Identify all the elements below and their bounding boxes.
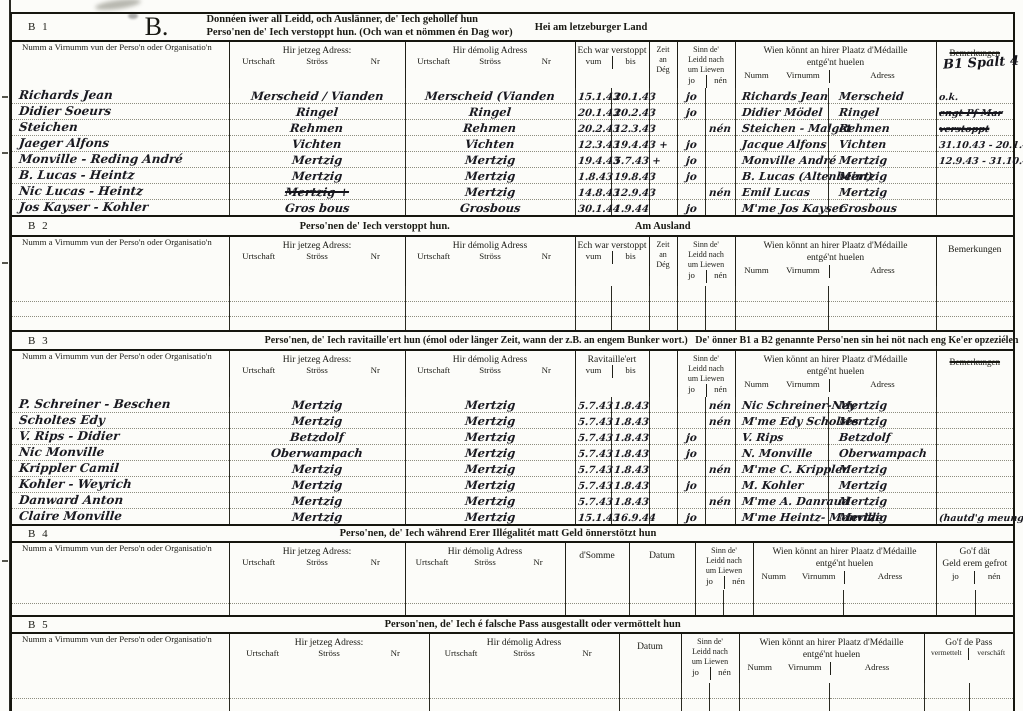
b1-title-right: Hei am letzeburger Land: [535, 22, 648, 33]
section-b4: B 4 Perso'nen, de' Iech während Erer Ill…: [10, 524, 1015, 617]
cell-remark: [936, 477, 1014, 493]
b5-body: [11, 683, 1014, 711]
b1-col-verstoppt: Ech war verstopptvumbis: [575, 41, 649, 88]
cell-vum: 30.1.44: [575, 200, 611, 217]
cell-name: Monville - Reding André: [11, 152, 229, 168]
cell-bis: [611, 316, 649, 331]
cell-name: Claire Monville: [11, 509, 229, 526]
handwritten-entry: verstoppt: [938, 124, 989, 135]
b3-body: P. Schreiner - BeschenMertzigMertzig5.7.…: [11, 397, 1014, 525]
b3-title-row: B 3 Perso'nen, de' Iech ravitaille'ert h…: [11, 331, 1014, 350]
b1-title-line1: Donnéen iwer all Leidd, och Auslänner, d…: [206, 14, 478, 25]
handwritten-entry: 1.8.43: [613, 401, 649, 412]
b1-col-medal: Wien könnt an hirer Plaatz d'Médailleent…: [735, 41, 936, 88]
b4-col-gof-geld: Go'f dätGeld erem gefrotjonén: [936, 542, 1014, 590]
handwritten-entry: Richards Jean: [741, 90, 828, 103]
handwritten-entry: Mertzig: [291, 153, 343, 167]
cell-vum: 5.7.43: [575, 413, 611, 429]
cell-jetzeg: [229, 590, 405, 603]
cell-remark: [936, 461, 1014, 477]
b5-title: Person'nen, de' Iech é falsche Pass ausg…: [385, 619, 681, 630]
cell-remark: [936, 413, 1014, 429]
b5-col-datum: Datum: [619, 633, 681, 683]
cell-demolig: Rehmen: [405, 120, 575, 136]
b2-col-name: Numm a Virnumm vun der Perso'n oder Orga…: [11, 236, 229, 286]
cell-jetzeg: [229, 301, 405, 316]
cell-madr: [828, 301, 936, 316]
handwritten-entry: Mertzig +: [284, 185, 349, 199]
handwritten-entry: Rehmen: [463, 121, 518, 135]
handwritten-entry: Didier Mödel: [741, 106, 823, 119]
cell-name: B. Lucas - Heintz: [11, 168, 229, 184]
b4-col-name: Numm a Virnumm vun der Perso'n oder Orga…: [11, 542, 229, 590]
cell-madr: Grosbous: [828, 200, 936, 217]
table-row: B. Lucas - HeintzMertzigMertzig1.8.4319.…: [11, 168, 1014, 184]
handwritten-entry: Vichten: [465, 137, 516, 151]
handwritten-entry: Merscheid (Vianden: [424, 89, 555, 103]
cell-bis: 1.8.43: [611, 413, 649, 429]
table-row: Nic Lucas - HeintzMertzig +Mertzig14.8.4…: [11, 184, 1014, 200]
cell-jetzeg: Vichten: [229, 136, 405, 152]
cell-vum: 5.7.43: [575, 429, 611, 445]
table-row: [11, 683, 1014, 698]
cell-remark: [936, 429, 1014, 445]
b1-big-letter: B.: [145, 15, 169, 38]
handwritten-entry: 1.8.43: [613, 497, 649, 508]
cell-jo: jo: [677, 429, 705, 445]
table-row: [11, 286, 1014, 301]
handwritten-entry: jo: [685, 139, 697, 151]
b4-col-jetzeg: Hir jetzeg Adress:UrtschaftStrössNr: [229, 542, 405, 590]
handwritten-entry: Mertzig: [838, 399, 888, 412]
table-row: [11, 301, 1014, 316]
cell-remark: [936, 168, 1014, 184]
cell-zeit: [649, 429, 677, 445]
b1-col-liewen: Sinn de'Leidd nachum Liewenjonén: [677, 41, 735, 88]
b5-col-jetzeg: Hir jetzeg Adress:UrtschaftStrössNr: [229, 633, 429, 683]
cell-demolig: Merscheid (Vianden: [405, 88, 575, 104]
cell-mname: Didier Mödel: [735, 104, 828, 120]
cell-madr: Betzdolf: [828, 429, 936, 445]
handwritten-entry: Mertzig: [838, 415, 888, 428]
cell-jetzeg: Mertzig: [229, 152, 405, 168]
questionnaire-form: B 1 B. Donnéen iwer all Leidd, och Auslä…: [10, 12, 1013, 711]
handwritten-entry: nén: [708, 416, 731, 428]
cell-madr: Mertzig: [828, 184, 936, 200]
cell-madr: Mertzig: [828, 397, 936, 413]
cell-bis: 12.3.43: [611, 120, 649, 136]
cell-vum: 5.7.43: [575, 461, 611, 477]
cell-bis: 1.8.43: [611, 477, 649, 493]
cell-mname: [739, 683, 829, 698]
b3-col-bemerkungen: Bemerkungen: [936, 350, 1014, 397]
cell-name: [11, 590, 229, 603]
handwritten-entry: Steichen - Malget: [741, 122, 852, 135]
cell-jetzeg: [229, 683, 429, 698]
cell-datum: [619, 698, 681, 711]
cell-name: Nic Monville: [11, 445, 229, 461]
handwritten-entry: 20.1.43: [613, 92, 656, 103]
cell-pverm: [924, 698, 969, 711]
cell-name: [11, 698, 229, 711]
cell-zeit: [649, 397, 677, 413]
cell-vum: 5.7.43: [575, 493, 611, 509]
section-b5: B 5 Person'nen, de' Iech é falsche Pass …: [10, 615, 1015, 711]
b5-col-demolig: Hir démolig AdressUrtschaftStrössNr: [429, 633, 619, 683]
cell-name: Jos Kayser - Kohler: [11, 200, 229, 217]
bemerkungen-struck-label: Bemerkungen: [937, 351, 1014, 367]
cell-demolig: [405, 316, 575, 331]
cell-nen: [705, 445, 735, 461]
b4-body: [11, 590, 1014, 616]
cell-jetzeg: Oberwampach: [229, 445, 405, 461]
b3-col-name: Numm a Virnumm vun der Perso'n oder Orga…: [11, 350, 229, 397]
b2-col-zeit: ZeitanDég: [649, 236, 677, 286]
handwritten-entry: 12.3.43: [613, 124, 656, 135]
cell-name: Nic Lucas - Heintz: [11, 184, 229, 200]
cell-mname: M. Kohler: [735, 477, 828, 493]
handwritten-entry: 1.8.43: [613, 433, 649, 444]
cell-jo: jo: [677, 200, 705, 217]
handwritten-entry: 31.10.43 - 20.1.44: [938, 140, 1023, 151]
cell-nen: [705, 104, 735, 120]
cell-demolig: Vichten: [405, 136, 575, 152]
handwritten-entry: 16.9.44: [613, 513, 656, 524]
handwritten-entry: Vichten: [838, 138, 887, 151]
cell-datum: [629, 590, 695, 603]
table-row: P. Schreiner - BeschenMertzigMertzig5.7.…: [11, 397, 1014, 413]
cell-mname: M'me Edy Scholtes: [735, 413, 828, 429]
cell-madr: Mertzig: [828, 477, 936, 493]
b5-title-row: B 5 Person'nen, de' Iech é falsche Pass …: [11, 616, 1014, 633]
cell-vum: [575, 316, 611, 331]
handwritten-entry: Oberwampach: [838, 447, 927, 460]
b5-col-medal: Wien könnt an hirer Plaatz d'Médailleent…: [739, 633, 924, 683]
cell-nen: nén: [705, 120, 735, 136]
cell-bis: 19.8.43: [611, 168, 649, 184]
handwritten-entry: Merscheid: [838, 90, 904, 103]
handwritten-entry: Ringel: [838, 106, 880, 119]
edge-mark: [2, 96, 8, 98]
b1-title-row: B 1 B. Donnéen iwer all Leidd, och Auslä…: [11, 13, 1014, 41]
cell-name: [11, 683, 229, 698]
table-row: Monville - Reding AndréMertzigMertzig19.…: [11, 152, 1014, 168]
cell-jo: [677, 286, 705, 301]
b1-spalt-handwriting: B1 Spalt 4: [936, 54, 1013, 73]
cell-jetzeg: [229, 698, 429, 711]
cell-nen: [705, 88, 735, 104]
handwritten-entry: N. Monville: [741, 447, 813, 460]
table-row: V. Rips - DidierBetzdolfMertzig5.7.431.8…: [11, 429, 1014, 445]
b2-col-medal: Wien könnt an hirer Plaatz d'Médailleent…: [735, 236, 936, 286]
handwritten-entry: Vichten: [292, 137, 343, 151]
b4-title: Perso'nen, de' Iech während Erer Illégal…: [340, 528, 657, 539]
b2-title-right: Am Ausland: [635, 221, 691, 232]
handwritten-entry: Mertzig: [291, 494, 343, 508]
b2-col-verstoppt: Ech war verstopptvumbis: [575, 236, 649, 286]
cell-jetzeg: Gros bous: [229, 200, 405, 217]
cell-bis: [611, 286, 649, 301]
handwritten-entry: 5.7.43: [577, 401, 613, 412]
handwritten-entry: 5.7.43: [577, 481, 613, 492]
handwritten-entry: P. Schreiner - Beschen: [18, 397, 171, 411]
b1-title-line2: Perso'nen de' Iech verstoppt hun. (Och w…: [206, 27, 512, 38]
cell-zeit: [649, 413, 677, 429]
cell-nen: nén: [705, 184, 735, 200]
cell-vum: 19.4.43: [575, 152, 611, 168]
handwritten-entry: Jos Kayser - Kohler: [18, 200, 149, 214]
handwritten-entry: 1.8.43: [613, 417, 649, 428]
cell-remark: [936, 445, 1014, 461]
cell-remark: engt Pf Mar: [936, 104, 1014, 120]
handwritten-entry: 20.2.43: [613, 108, 656, 119]
b3-col-medal: Wien könnt an hirer Plaatz d'Médailleent…: [735, 350, 936, 397]
handwritten-entry: jo: [685, 203, 697, 215]
cell-mname: [753, 590, 843, 603]
cell-somme: [565, 590, 629, 603]
cell-gjo: [936, 590, 975, 603]
cell-jetzeg: [229, 316, 405, 331]
edge-mark: [2, 152, 8, 154]
cell-jetzeg: Mertzig: [229, 509, 405, 526]
handwritten-entry: Mertzig: [464, 153, 516, 167]
handwritten-entry: Richards Jean: [18, 88, 113, 102]
cell-mname: M'me Jos Kayser: [735, 200, 828, 217]
cell-demolig: Mertzig: [405, 397, 575, 413]
cell-vum: 1.8.43: [575, 168, 611, 184]
cell-madr: [828, 286, 936, 301]
handwritten-entry: Ringel: [468, 105, 511, 119]
handwritten-entry: Mertzig: [464, 185, 516, 199]
cell-name: Didier Soeurs: [11, 104, 229, 120]
cell-vum: 20.1.43: [575, 104, 611, 120]
cell-name: Steichen: [11, 120, 229, 136]
b4-col-liewen: Sinn de'Leidd nachum Liewenjonén: [695, 542, 753, 590]
cell-nen: [705, 477, 735, 493]
cell-zeit: [649, 200, 677, 217]
handwritten-entry: Betzdolf: [838, 431, 891, 444]
cell-datum: [619, 683, 681, 698]
scan-smudge: [95, 0, 142, 12]
cell-mname: [735, 316, 828, 331]
cell-nen: [705, 152, 735, 168]
handwritten-entry: Mertzig: [464, 430, 516, 444]
handwritten-entry: Mertzig: [291, 169, 343, 183]
handwritten-entry: 5.7.43: [577, 449, 613, 460]
table-row: [11, 316, 1014, 331]
cell-mname: V. Rips: [735, 429, 828, 445]
b5-header-row: Numm a Virnumm vun der Perso'n oder Orga…: [11, 633, 1014, 683]
b4-col-somme: d'Somme: [565, 542, 629, 590]
cell-remark: o.k.: [936, 88, 1014, 104]
cell-mname: [735, 286, 828, 301]
cell-nen: [709, 683, 739, 698]
handwritten-entry: jo: [685, 155, 697, 167]
handwritten-entry: Betzdolf: [289, 430, 344, 444]
cell-remark: [936, 200, 1014, 217]
table-row: [11, 590, 1014, 603]
handwritten-entry: M'me Jos Kayser: [741, 202, 845, 215]
cell-demolig: [429, 683, 619, 698]
handwritten-entry: 1.8.43: [613, 481, 649, 492]
cell-remark: [936, 184, 1014, 200]
cell-madr: Mertzig: [828, 493, 936, 509]
cell-bis: 1.8.43: [611, 493, 649, 509]
handwritten-entry: jo: [685, 448, 697, 460]
cell-nen: [709, 698, 739, 711]
cell-vum: 20.2.43: [575, 120, 611, 136]
handwritten-entry: Steichen: [18, 120, 78, 134]
handwritten-entry: 1.8.43: [613, 465, 649, 476]
b1-section-label: B 1: [12, 21, 50, 33]
cell-remark: 12.9.43 - 31.10.43: [936, 152, 1014, 168]
handwritten-entry: nén: [708, 123, 731, 135]
cell-jo: jo: [677, 168, 705, 184]
b5-section-label: B 5: [12, 619, 50, 631]
cell-vum: [575, 301, 611, 316]
cell-mname: [735, 301, 828, 316]
table-row: Claire MonvilleMertzigMertzig15.1.4316.9…: [11, 509, 1014, 526]
cell-vum: 5.7.43: [575, 477, 611, 493]
b3-col-demolig: Hir démolig AdressUrtschaftStrössNr: [405, 350, 575, 397]
handwritten-entry: M. Kohler: [741, 479, 804, 492]
table-row: [11, 698, 1014, 711]
b1-header-row: Numm a Virnumm vun der Perso'n oder Orga…: [11, 41, 1014, 88]
handwritten-entry: Emil Lucas: [741, 186, 810, 199]
cell-name: Krippler Camil: [11, 461, 229, 477]
handwritten-entry: o.k.: [938, 92, 959, 103]
b2-col-jetzeg: Hir jetzeg Adress:UrtschaftStrössNr: [229, 236, 405, 286]
handwritten-entry: V. Rips: [741, 431, 784, 444]
handwritten-entry: Monville - Reding André: [18, 152, 183, 166]
b3-header-row: Numm a Virnumm vun der Perso'n oder Orga…: [11, 350, 1014, 397]
cell-mname: M'me Heintz- Monville: [735, 509, 828, 526]
handwritten-entry: Mertzig: [838, 170, 888, 183]
cell-bis: 1.8.43: [611, 461, 649, 477]
handwritten-entry: 19.4.43 +: [613, 140, 668, 151]
b3-title: Perso'nen, de' Iech ravitaille'ert hun (…: [265, 335, 1019, 346]
handwritten-entry: Grosbous: [459, 201, 521, 215]
b4-section-label: B 4: [12, 528, 50, 540]
cell-pverm: [924, 683, 969, 698]
table-row: Didier SoeursRingelRingel20.1.4320.2.43j…: [11, 104, 1014, 120]
handwritten-entry: jo: [685, 91, 697, 103]
cell-jetzeg: Mertzig: [229, 168, 405, 184]
edge-mark: [2, 560, 8, 562]
table-row: Scholtes EdyMertzigMertzig5.7.431.8.43né…: [11, 413, 1014, 429]
cell-nen: [705, 168, 735, 184]
cell-remark: [936, 316, 1014, 331]
handwritten-entry: Mertzig: [291, 478, 343, 492]
cell-madr: Mertzig: [828, 413, 936, 429]
table-row: Danward AntonMertzigMertzig5.7.431.8.43n…: [11, 493, 1014, 509]
cell-madr: Mertzig: [828, 461, 936, 477]
cell-bis: [611, 301, 649, 316]
cell-madr: [829, 698, 924, 711]
cell-demolig: Mertzig: [405, 152, 575, 168]
cell-mname: Nic Schreiner-Ney: [735, 397, 828, 413]
cell-jo: jo: [677, 88, 705, 104]
handwritten-entry: Danward Anton: [18, 493, 124, 507]
cell-madr: Oberwampach: [828, 445, 936, 461]
cell-demolig: Mertzig: [405, 461, 575, 477]
handwritten-entry: 1.9.44: [613, 204, 649, 215]
handwritten-entry: 12.9.43 - 31.10.43: [938, 156, 1023, 167]
handwritten-entry: Mertzig: [291, 510, 343, 524]
handwritten-entry: B. Lucas - Heintz: [18, 168, 135, 182]
cell-nen: [705, 301, 735, 316]
handwritten-entry: 5.7.43: [577, 417, 613, 428]
b5-col-liewen: Sinn de'Leidd nachum Liewenjonén: [681, 633, 739, 683]
handwritten-entry: Nic Lucas - Heintz: [18, 184, 143, 198]
handwritten-entry: M'me C. Krippler: [741, 463, 848, 476]
cell-jo: [677, 316, 705, 331]
cell-vum: 14.8.43: [575, 184, 611, 200]
cell-jo: [677, 397, 705, 413]
handwritten-entry: Rehmen: [838, 122, 890, 135]
handwritten-entry: Mertzig: [464, 510, 516, 524]
table-row: Jos Kayser - KohlerGros bousGrosbous30.1…: [11, 200, 1014, 217]
cell-name: [11, 301, 229, 316]
cell-vum: 15.1.43: [575, 509, 611, 526]
handwritten-entry: 1.8.43: [613, 449, 649, 460]
cell-jo: [695, 590, 723, 603]
handwritten-entry: Mertzig: [464, 414, 516, 428]
handwritten-entry: nén: [708, 464, 731, 476]
cell-jo: [677, 461, 705, 477]
cell-mname: N. Monville: [735, 445, 828, 461]
handwritten-entry: 19.8.43: [613, 172, 656, 183]
handwritten-entry: nén: [708, 187, 731, 199]
cell-jetzeg: Mertzig: [229, 493, 405, 509]
cell-jetzeg: Betzdolf: [229, 429, 405, 445]
cell-jo: [681, 698, 709, 711]
cell-pversch: [969, 698, 1014, 711]
cell-jetzeg: [229, 286, 405, 301]
cell-demolig: Grosbous: [405, 200, 575, 217]
handwritten-entry: Mertzig: [838, 511, 888, 524]
handwritten-entry: Mertzig: [464, 169, 516, 183]
cell-nen: [705, 136, 735, 152]
cell-jo: [677, 413, 705, 429]
b5-col-name: Numm a Virnumm vun der Perso'n oder Orga…: [11, 633, 229, 683]
handwritten-entry: 5.7.43 +: [613, 156, 661, 167]
b4-col-medal: Wien könnt an hirer Plaatz d'Médailleent…: [753, 542, 936, 590]
handwritten-entry: Scholtes Edy: [18, 413, 105, 427]
cell-remark: [936, 493, 1014, 509]
b4-col-datum: Datum: [629, 542, 695, 590]
cell-zeit: [649, 445, 677, 461]
cell-name: Jaeger Alfons: [11, 136, 229, 152]
cell-vum: 12.3.43: [575, 136, 611, 152]
b1-body: Richards JeanMerscheid / ViandenMerschei…: [11, 88, 1014, 216]
cell-bis: 12.9.43: [611, 184, 649, 200]
handwritten-entry: Oberwampach: [270, 446, 363, 460]
table-row: Richards JeanMerscheid / ViandenMerschei…: [11, 88, 1014, 104]
cell-vum: 5.7.43: [575, 397, 611, 413]
cell-name: [11, 286, 229, 301]
cell-mname: Monville André: [735, 152, 828, 168]
cell-jo: jo: [677, 104, 705, 120]
cell-madr: Merscheid: [828, 88, 936, 104]
cell-bis: 1.8.43: [611, 445, 649, 461]
b5-col-gof-pass: Go'f de Passvermetteltverschäft: [924, 633, 1014, 683]
cell-remark: [936, 397, 1014, 413]
cell-nen: [705, 200, 735, 217]
cell-bis: 16.9.44: [611, 509, 649, 526]
scanned-form-page: B 1 B. Donnéen iwer all Leidd, och Auslä…: [0, 0, 1023, 711]
b2-col-demolig: Hir démolig AdressUrtschaftStrössNr: [405, 236, 575, 286]
